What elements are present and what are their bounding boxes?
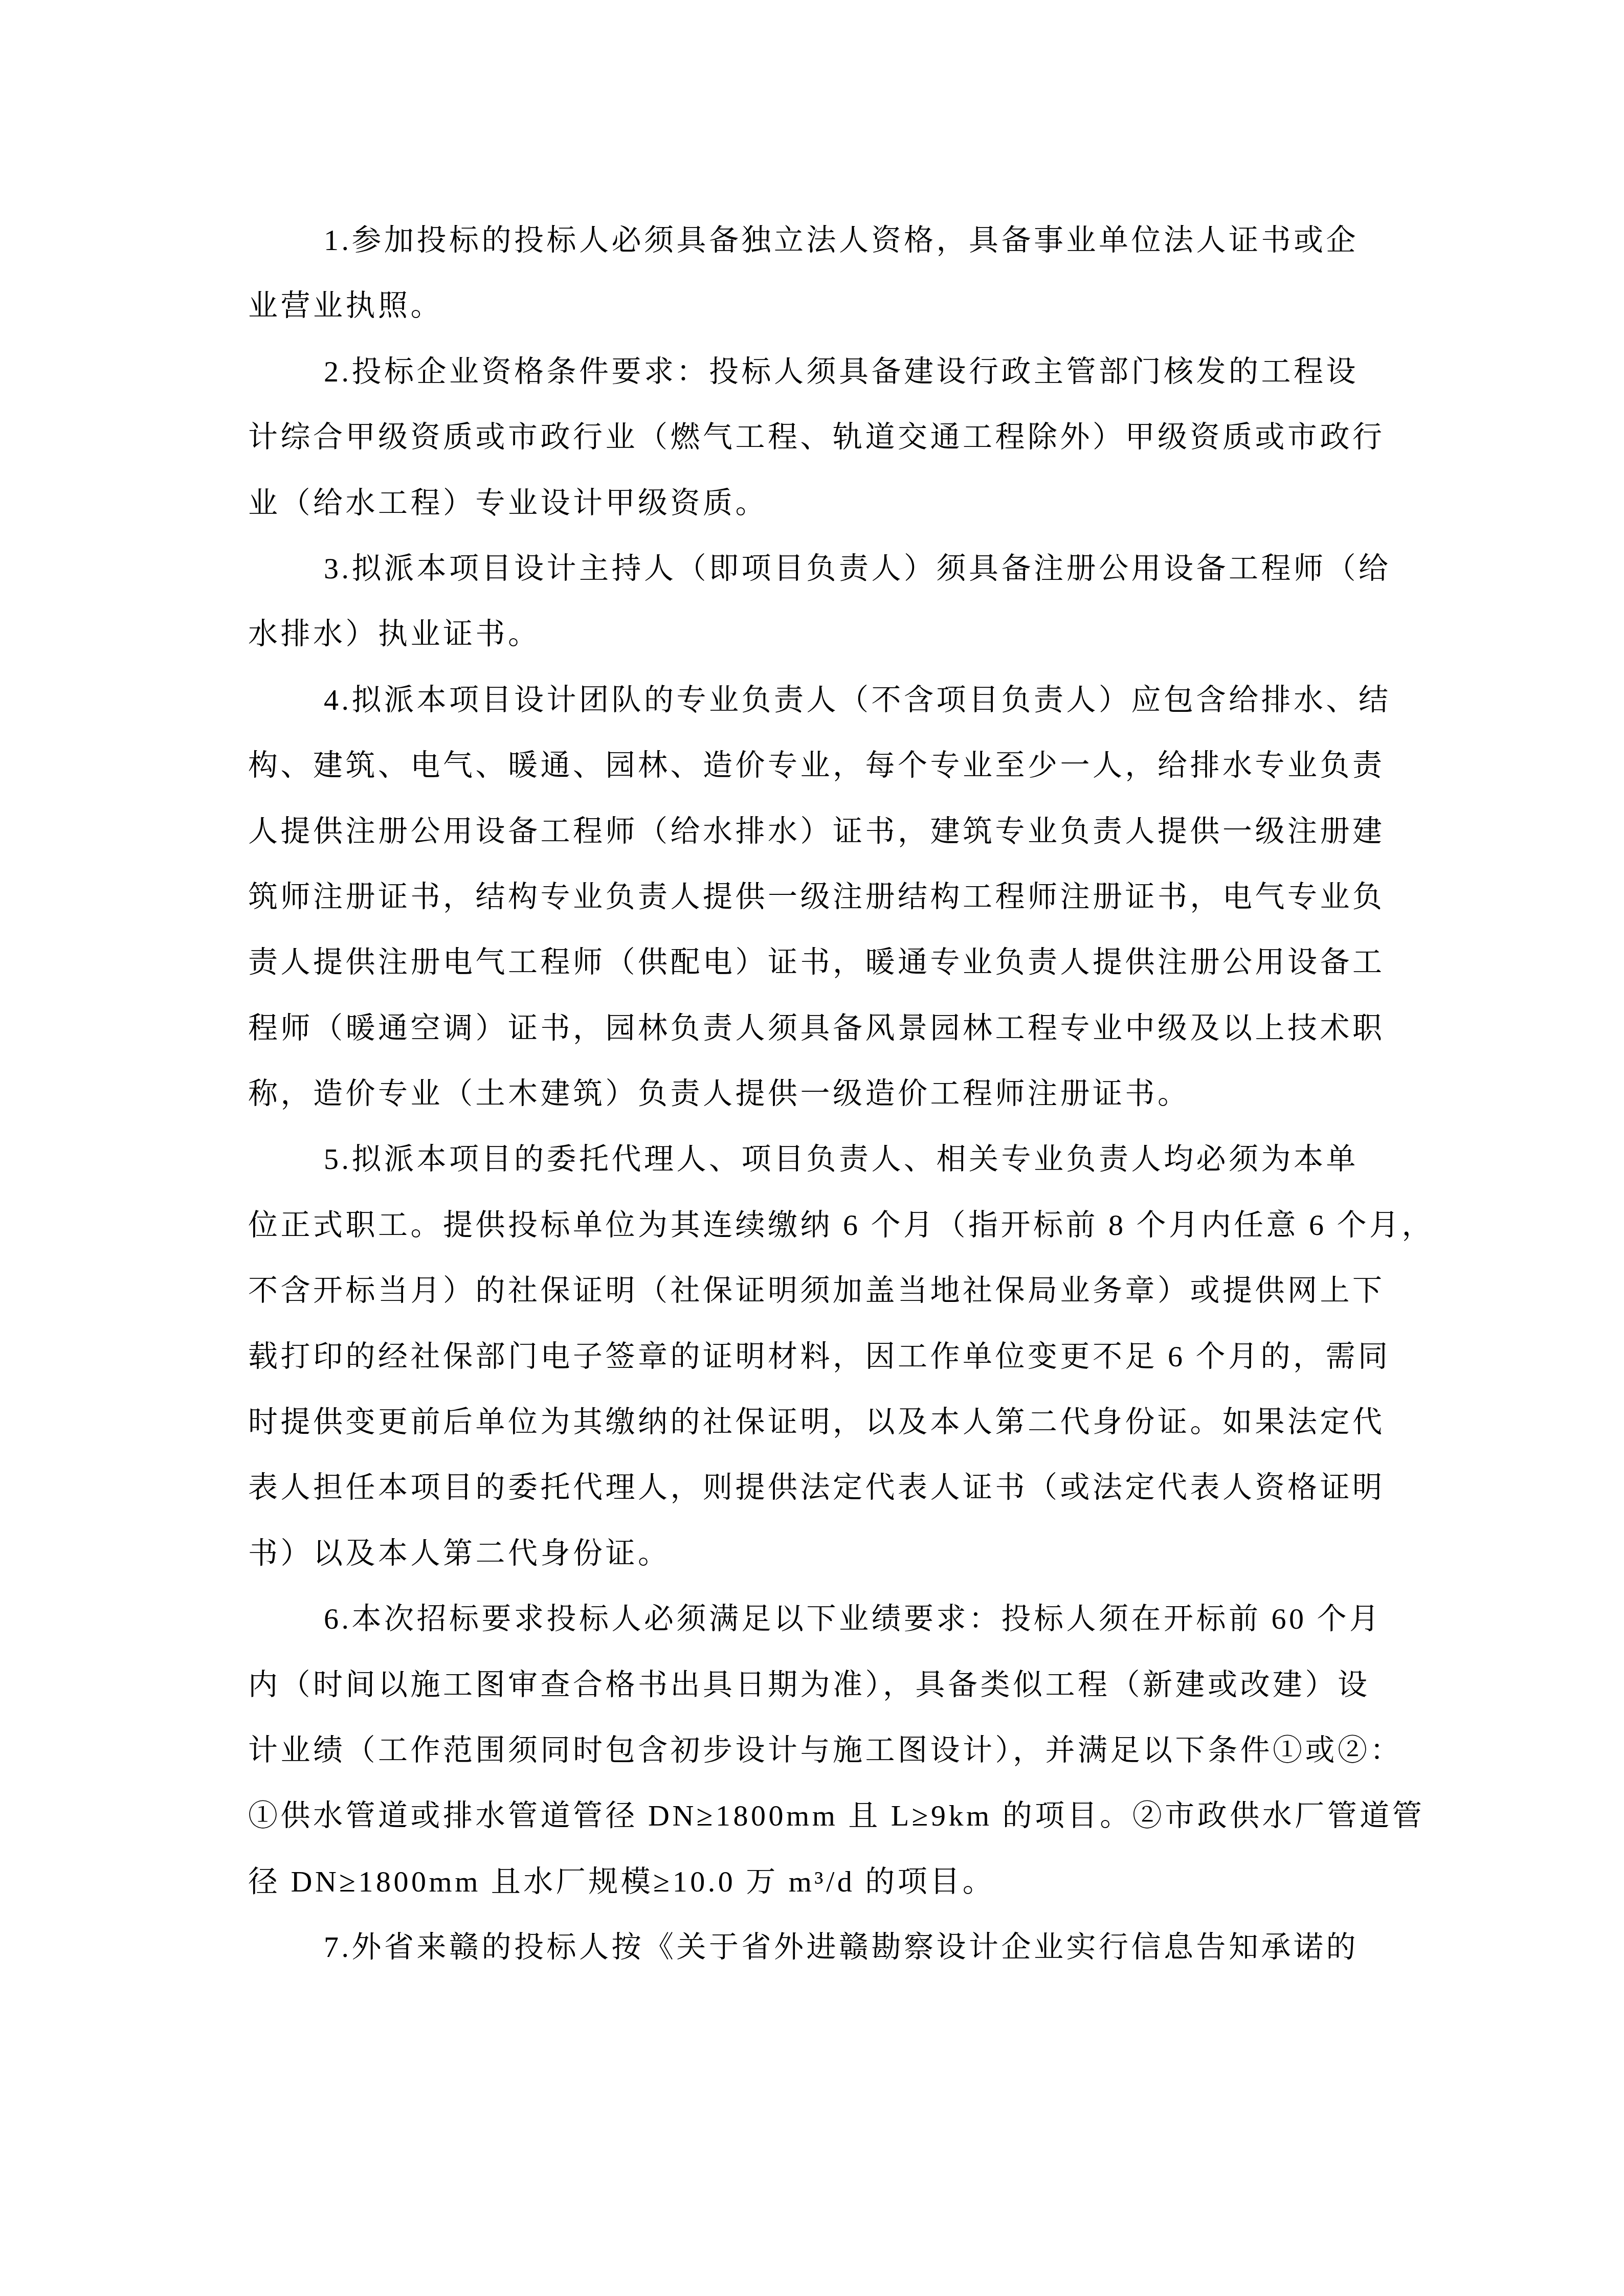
paragraph-line: 2.投标企业资格条件要求：投标人须具备建设行政主管部门核发的工程设 xyxy=(248,350,1384,416)
paragraph-line: 筑师注册证书，结构专业负责人提供一级注册结构工程师注册证书，电气专业负 xyxy=(248,875,1384,941)
paragraph-2: 2.投标企业资格条件要求：投标人须具备建设行政主管部门核发的工程设 计综合甲级资… xyxy=(248,350,1384,547)
paragraph-line: 7.外省来赣的投标人按《关于省外进赣勘察设计企业实行信息告知承诺的 xyxy=(248,1926,1384,1991)
paragraph-line: 载打印的经社保部门电子签章的证明材料，因工作单位变更不足 6 个月的，需同 xyxy=(248,1335,1384,1401)
paragraph-line: 内（时间以施工图审查合格书出具日期为准），具备类似工程（新建或改建）设 xyxy=(248,1663,1384,1729)
paragraph-5: 5.拟派本项目的委托代理人、项目负责人、相关专业负责人均必须为本单 位正式职工。… xyxy=(248,1138,1384,1597)
document-body: 1.参加投标的投标人必须具备独立法人资格，具备事业单位法人证书或企 业营业执照。… xyxy=(248,219,1384,1992)
paragraph-line: 水排水）执业证书。 xyxy=(248,613,1384,678)
paragraph-line: 责人提供注册电气工程师（供配电）证书，暖通专业负责人提供注册公用设备工 xyxy=(248,941,1384,1006)
paragraph-line: 6.本次招标要求投标人必须满足以下业绩要求：投标人须在开标前 60 个月 xyxy=(248,1597,1384,1663)
paragraph-line: 径 DN≥1800mm 且水厂规模≥10.0 万 m³/d 的项目。 xyxy=(248,1860,1384,1926)
paragraph-line: 构、建筑、电气、暖通、园林、造价专业，每个专业至少一人，给排水专业负责 xyxy=(248,744,1384,809)
paragraph-7: 7.外省来赣的投标人按《关于省外进赣勘察设计企业实行信息告知承诺的 xyxy=(248,1926,1384,1991)
paragraph-line: 程师（暖通空调）证书，园林负责人须具备风景园林工程专业中级及以上技术职 xyxy=(248,1007,1384,1072)
paragraph-line: 位正式职工。提供投标单位为其连续缴纳 6 个月（指开标前 8 个月内任意 6 个… xyxy=(248,1204,1384,1269)
paragraph-6: 6.本次招标要求投标人必须满足以下业绩要求：投标人须在开标前 60 个月 内（时… xyxy=(248,1597,1384,1926)
paragraph-line: 1.参加投标的投标人必须具备独立法人资格，具备事业单位法人证书或企 xyxy=(248,219,1384,284)
paragraph-line: 计综合甲级资质或市政行业（燃气工程、轨道交通工程除外）甲级资质或市政行 xyxy=(248,416,1384,481)
paragraph-line: 业营业执照。 xyxy=(248,284,1384,350)
document-page: 1.参加投标的投标人必须具备独立法人资格，具备事业单位法人证书或企 业营业执照。… xyxy=(0,0,1624,2296)
paragraph-line: ①供水管道或排水管道管径 DN≥1800mm 且 L≥9km 的项目。②市政供水… xyxy=(248,1794,1384,1860)
paragraph-line: 不含开标当月）的社保证明（社保证明须加盖当地社保局业务章）或提供网上下 xyxy=(248,1269,1384,1335)
paragraph-line: 计业绩（工作范围须同时包含初步设计与施工图设计），并满足以下条件①或②： xyxy=(248,1729,1384,1794)
paragraph-line: 业（给水工程）专业设计甲级资质。 xyxy=(248,482,1384,547)
paragraph-line: 表人担任本项目的委托代理人，则提供法定代表人证书（或法定代表人资格证明 xyxy=(248,1466,1384,1532)
paragraph-line: 称，造价专业（土木建筑）负责人提供一级造价工程师注册证书。 xyxy=(248,1072,1384,1138)
paragraph-3: 3.拟派本项目设计主持人（即项目负责人）须具备注册公用设备工程师（给 水排水）执… xyxy=(248,547,1384,679)
paragraph-4: 4.拟派本项目设计团队的专业负责人（不含项目负责人）应包含给排水、结 构、建筑、… xyxy=(248,679,1384,1138)
paragraph-line: 书）以及本人第二代身份证。 xyxy=(248,1532,1384,1597)
paragraph-line: 3.拟派本项目设计主持人（即项目负责人）须具备注册公用设备工程师（给 xyxy=(248,547,1384,613)
paragraph-line: 5.拟派本项目的委托代理人、项目负责人、相关专业负责人均必须为本单 xyxy=(248,1138,1384,1203)
paragraph-line: 人提供注册公用设备工程师（给水排水）证书，建筑专业负责人提供一级注册建 xyxy=(248,810,1384,875)
paragraph-1: 1.参加投标的投标人必须具备独立法人资格，具备事业单位法人证书或企 业营业执照。 xyxy=(248,219,1384,350)
paragraph-line: 4.拟派本项目设计团队的专业负责人（不含项目负责人）应包含给排水、结 xyxy=(248,679,1384,744)
paragraph-line: 时提供变更前后单位为其缴纳的社保证明，以及本人第二代身份证。如果法定代 xyxy=(248,1401,1384,1466)
